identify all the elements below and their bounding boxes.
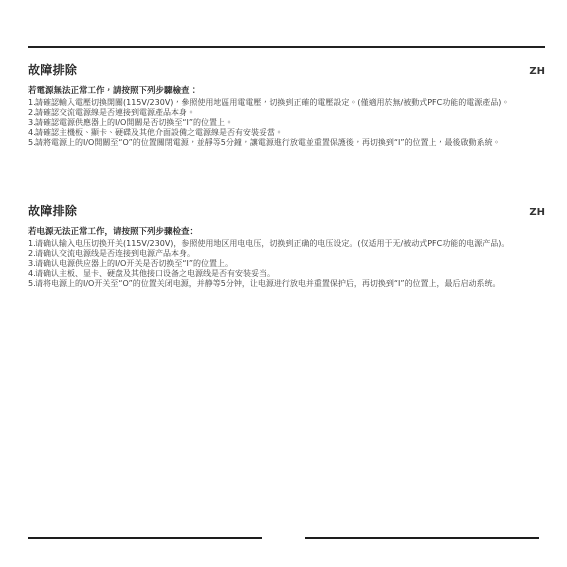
step-item: 请确认交流电源线是否连接到电源产品本身。 xyxy=(28,249,545,259)
section-intro: 若电源无法正常工作，请按照下列步骤检查： xyxy=(28,227,545,237)
step-item: 请确认输入电压切换开关(115V/230V)，参照使用地区用电电压，切换到正确的… xyxy=(28,239,545,249)
manual-page: 故障排除 ZH 若電源無法正常工作，請按照下列步驟檢查： 請確認輸入電壓切換開關… xyxy=(0,0,567,567)
step-item: 請將電源上的I/O開關至“O”的位置關閉電源，並靜等5分鐘，讓電源進行放電並重置… xyxy=(28,138,545,148)
section-intro: 若電源無法正常工作，請按照下列步驟檢查： xyxy=(28,86,545,96)
section-header: 故障排除 ZH xyxy=(28,204,545,220)
step-item: 请确认电源供应器上的I/O开关是否切换至“I”的位置上。 xyxy=(28,259,545,269)
language-code-badge: ZH xyxy=(529,206,545,220)
bottom-divider-left xyxy=(28,537,262,539)
language-code-badge: ZH xyxy=(529,65,545,79)
step-item: 請確認電源供應器上的I/O開關是否切換至“I”的位置上。 xyxy=(28,118,545,128)
troubleshooting-section-traditional-chinese: 故障排除 ZH 若電源無法正常工作，請按照下列步驟檢查： 請確認輸入電壓切換開關… xyxy=(28,63,545,148)
step-item: 请将电源上的I/O开关至“O”的位置关闭电源，并静等5分钟，让电源进行放电并重置… xyxy=(28,279,545,289)
section-title: 故障排除 xyxy=(28,63,77,77)
step-item: 请确认主板、显卡、硬盘及其他接口设备之电源线是否有安装妥当。 xyxy=(28,269,545,279)
step-item: 請確認交流電源線是否連接到電源產品本身。 xyxy=(28,108,545,118)
section-header: 故障排除 ZH xyxy=(28,63,545,79)
section-title: 故障排除 xyxy=(28,204,77,218)
step-item: 請確認主機板、顯卡、硬碟及其他介面設備之電源線是否有安裝妥當。 xyxy=(28,128,545,138)
top-divider xyxy=(28,46,545,48)
troubleshooting-steps-list: 请确认输入电压切换开关(115V/230V)，参照使用地区用电电压，切换到正确的… xyxy=(28,239,545,289)
bottom-divider-right xyxy=(305,537,539,539)
troubleshooting-section-simplified-chinese: 故障排除 ZH 若电源无法正常工作，请按照下列步骤检查： 请确认输入电压切换开关… xyxy=(28,204,545,289)
step-item: 請確認輸入電壓切換開關(115V/230V)，參照使用地區用電電壓，切換到正確的… xyxy=(28,98,545,108)
troubleshooting-steps-list: 請確認輸入電壓切換開關(115V/230V)，參照使用地區用電電壓，切換到正確的… xyxy=(28,98,545,148)
